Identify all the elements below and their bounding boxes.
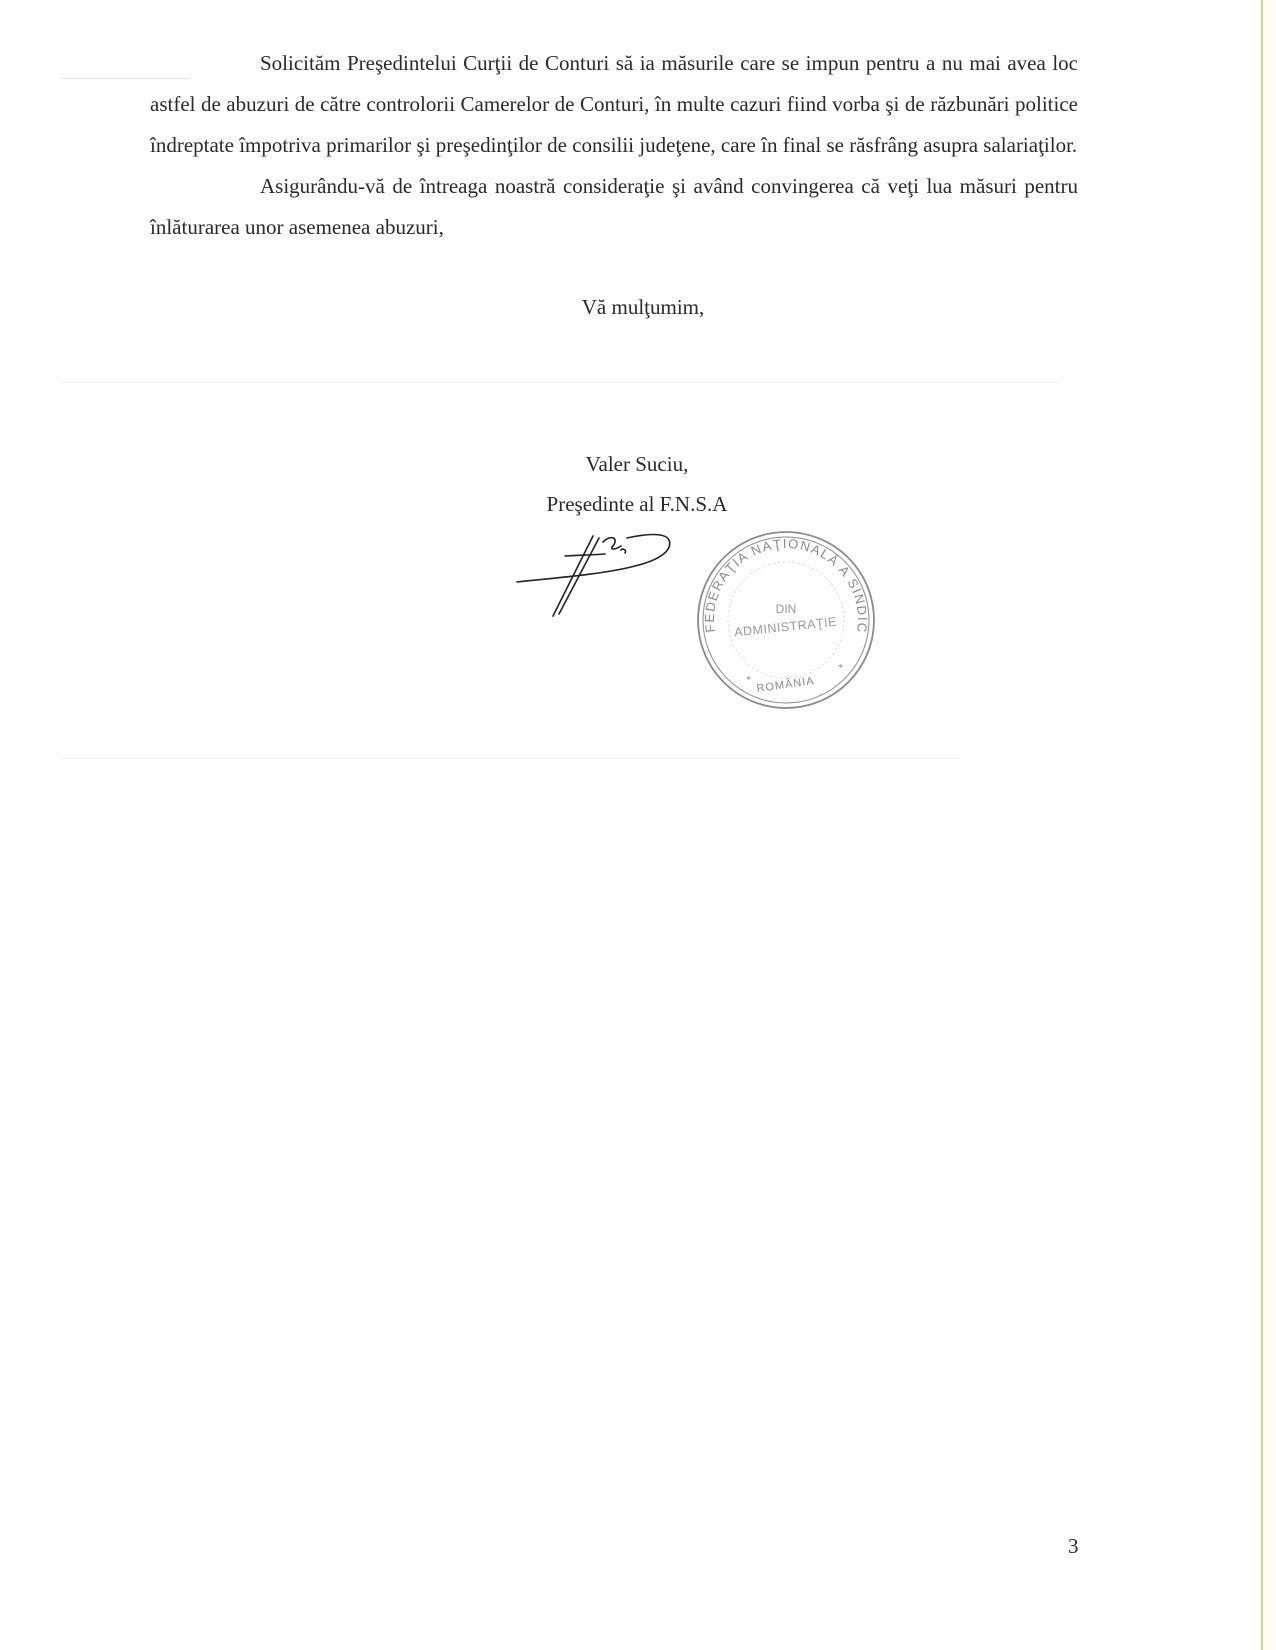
signatory-title: Preşedinte al F.N.S.A — [0, 489, 1276, 519]
handwritten-signature — [515, 528, 685, 628]
stamp-star-right: * — [838, 663, 843, 674]
paragraph-request: Solicităm Preşedintelui Curţii de Contur… — [150, 43, 1078, 166]
paragraph-assurance: Asigurându-vă de întreaga noastră consid… — [150, 166, 1078, 248]
page-edge-strip — [1263, 0, 1276, 1650]
page-number: 3 — [1068, 1533, 1079, 1559]
page-edge-line — [1261, 0, 1263, 1650]
stamp-center-line-1: DIN — [776, 602, 797, 616]
letter-body: Solicităm Preşedintelui Curţii de Contur… — [150, 43, 1078, 248]
closing-salutation: Vă mulţumim, — [0, 287, 1276, 328]
organization-stamp: FEDERAŢIA NAŢIONALĂ A SINDICATELOR DIN A… — [688, 525, 883, 710]
stamp-center-line-2: ADMINISTRAŢIE — [734, 615, 838, 640]
signatory-name: Valer Suciu, — [0, 449, 1276, 479]
scan-artifact — [60, 382, 1060, 383]
stamp-star-left: * — [746, 675, 751, 686]
stamp-ring-text: FEDERAŢIA NAŢIONALĂ A SINDICATELOR — [688, 525, 870, 634]
stamp-bottom-text: ROMÂNIA — [756, 674, 816, 695]
scan-artifact — [60, 758, 960, 759]
